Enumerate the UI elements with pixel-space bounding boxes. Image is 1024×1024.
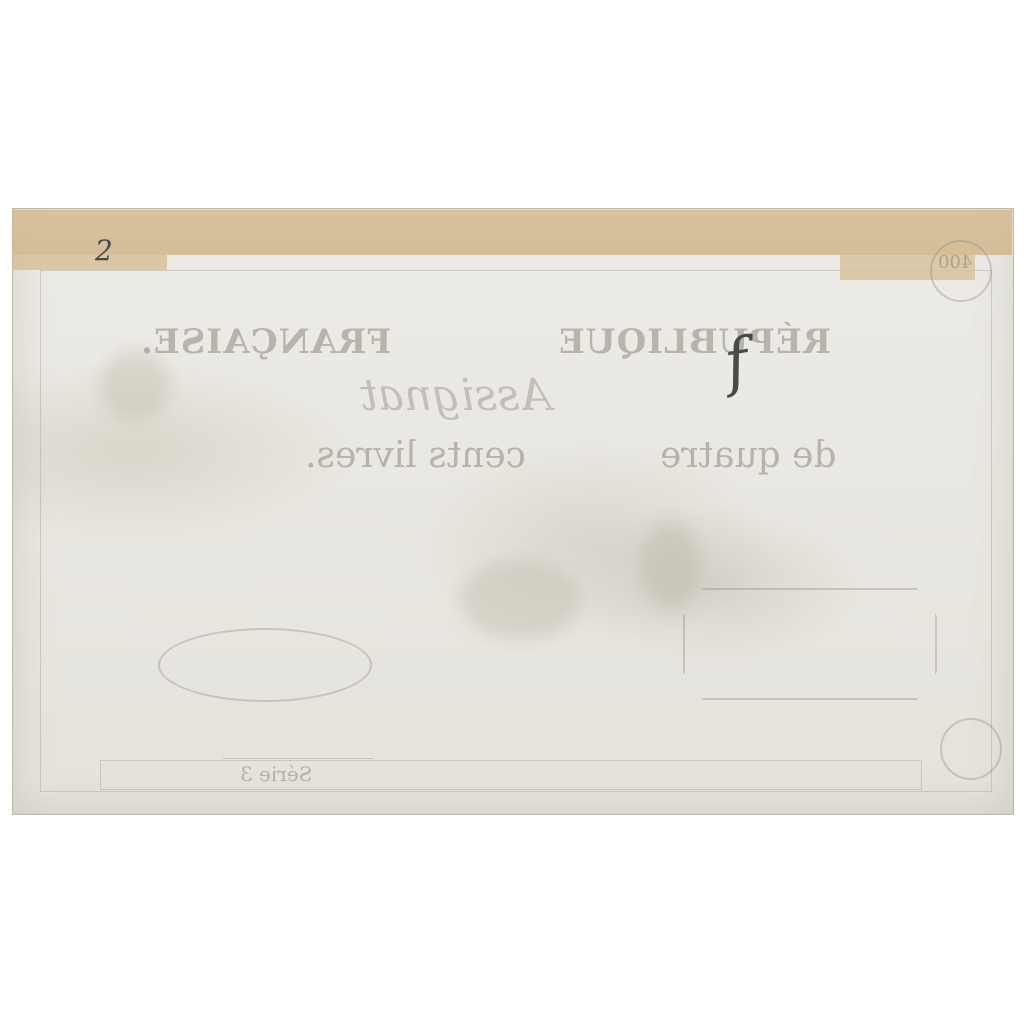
pencil-number: 2 [95, 234, 113, 267]
tape-strip-left [12, 250, 167, 270]
script-word-mirrored: Assignat [360, 370, 551, 421]
octagon-stamp-emboss [683, 588, 937, 700]
value-right-mirrored: cents livres. [305, 435, 526, 476]
header-right-mirrored: FRANÇAISE. [140, 322, 392, 362]
corner-circle-bottom-right [940, 718, 1002, 780]
value-left-mirrored: de quatre [660, 435, 836, 476]
oval-seal-emboss [158, 628, 372, 702]
header-left-mirrored: RÉPUBLIQUE [558, 322, 831, 362]
serie-label-mirrored: Série 3 [240, 762, 312, 786]
corner-denomination-mirrored: 400 [938, 252, 972, 273]
